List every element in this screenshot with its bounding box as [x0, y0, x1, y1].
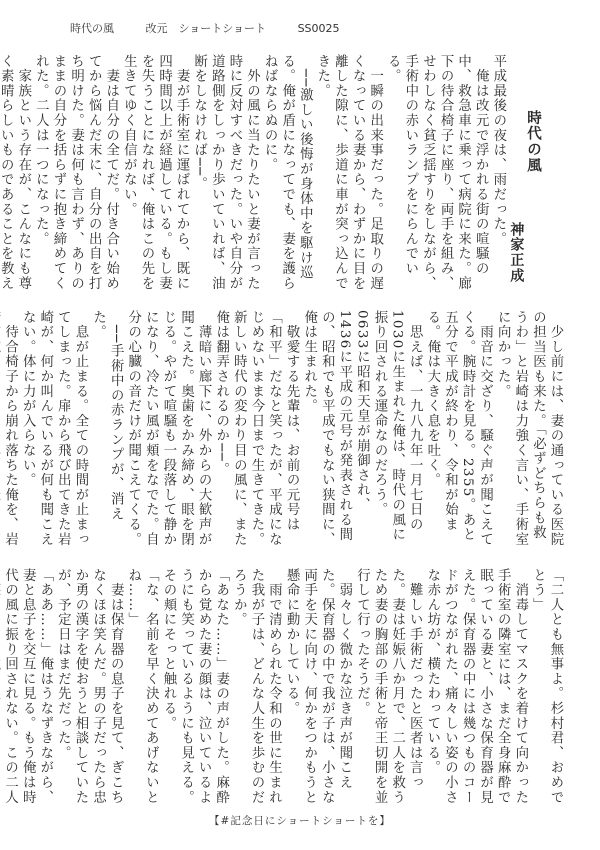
paragraph: 一瞬の出来事だった。足取りの遅くなっている妻から、わずかに目を離した隙に、歩道に…	[313, 54, 383, 294]
paragraph: 少し前には、妻の通っている医院の担当医も来た。「必ずどちらも救うわ」と岩崎は力強…	[494, 310, 564, 550]
text-band-2: 少し前には、妻の通っている医院の担当医も来た。「必ずどちらも救うわ」と岩崎は力強…	[24, 310, 564, 550]
text-band-1: 時代の風 神家正成 平成最後の夜は、雨だった。 俺は改元で浮かれる街の喧騒の中、…	[62, 54, 542, 294]
paragraph: 家族という存在が、こんなにも尊く素晴らしいものであることを教えてくれた。その家族…	[0, 54, 32, 294]
header-category: 改元 ショートショート	[146, 22, 267, 35]
paragraph: 敬愛する先輩は、お前の元号は「和平」だなと笑ったが、平成になじめないまま今日まで…	[212, 310, 300, 550]
paragraph: 「あなた……」妻の声がした。麻酔から覚めた妻の顔は、泣いているようにも笑っている…	[159, 568, 229, 808]
page-header: 時代の風 改元 ショートショート SS0025	[70, 20, 368, 36]
header-title: 時代の風	[70, 22, 114, 35]
story-title: 時代の風	[524, 54, 542, 294]
paragraph: 息が止まる。全ての時間が止まってしまった。扉から飛び出てきた岩崎が、何か叫んでい…	[19, 310, 89, 550]
paragraph: 平成最後の夜は、雨だった。	[489, 54, 507, 294]
text-band-3: 「二人とも無事よ。杉村君、おめでとう」 消毒してマスクを着けて向かった手術室の隣…	[24, 568, 564, 808]
paragraph: 妻が手術室に運ばれてから、既に四時間以上が経過している。もし妻を失うことになれば…	[120, 54, 190, 294]
paragraph: 「二人とも無事よ。杉村君、おめでとう」	[529, 568, 564, 808]
paragraph: 外の風に当たりたいと妻が言った時に反対すべきだった。いや自分が道路側をしっかり歩…	[190, 54, 260, 294]
paragraph: 「ああ……」俺はうなずきながら、妻と息子を交互に見る。もう俺は時代の風に振り回さ…	[0, 568, 54, 808]
paragraph: 雨音に交ざり、騒ぐ声が聞こえてくる。腕時計を見る。2355。あと五分で平成が終わ…	[423, 310, 493, 550]
paragraph: 消毒してマスクを着けて向かった手術室の隣室には、まだ全身麻酔で眠っている妻と、小…	[423, 568, 529, 808]
story-author: 神家正成	[507, 54, 525, 294]
footer-hashtag: 【#記念日にショートショートを】	[0, 813, 600, 828]
paragraph: 俺は改元で浮かれる街の喧騒の中、救急車に乗って病院に来た。廊下の待合椅子に座り、…	[384, 54, 490, 294]
paragraph: ──手術中の赤ランプが、消えた。	[89, 310, 124, 550]
paragraph: 難しい手術だったと医者は言った。妻は妊娠八か月で、二人を救うため妻の胸部の手術と…	[353, 568, 423, 808]
paragraph: 「な、名前を早く決めてあげないとね……」	[124, 568, 159, 808]
paragraph: 雨で清められた令和の世に生まれた我が子は、どんな人生を歩むのだろうか。	[230, 568, 283, 808]
paragraph: 妻は保育器の息子を見て、ぎこちなくほほ笑んだ。男の子だったら忠か勇の漢字を使おう…	[54, 568, 124, 808]
paragraph: ──激しい後悔が身体中を駆け巡る。俺が盾になってでも、妻を護らねばならぬのに。	[261, 54, 314, 294]
paragraph: 妻は自分の全てだ。付き合い始めてから悩んだ末に、自分の出自を打ち明けた。妻は何も…	[32, 54, 120, 294]
paragraph: 弱々しく微かな泣き声が聞こえた。保育器の中で我が子は、小さな両手を天に向け、何か…	[283, 568, 353, 808]
paragraph: 待合椅子から崩れ落ちた俺を、岩崎が抱きかかえてくれた。天から声が降ってきた。	[0, 310, 19, 550]
paragraph: 思えば、一九八九年一月七日の1030に生まれた俺は、時代の風に振り回される運命な…	[300, 310, 423, 550]
header-code: SS0025	[298, 22, 340, 35]
paragraph: 薄暗い廊下に、外からの大歓声が聞こえた。奥歯をかみ締め、眼を閉じる。やがて喧騒も…	[124, 310, 212, 550]
